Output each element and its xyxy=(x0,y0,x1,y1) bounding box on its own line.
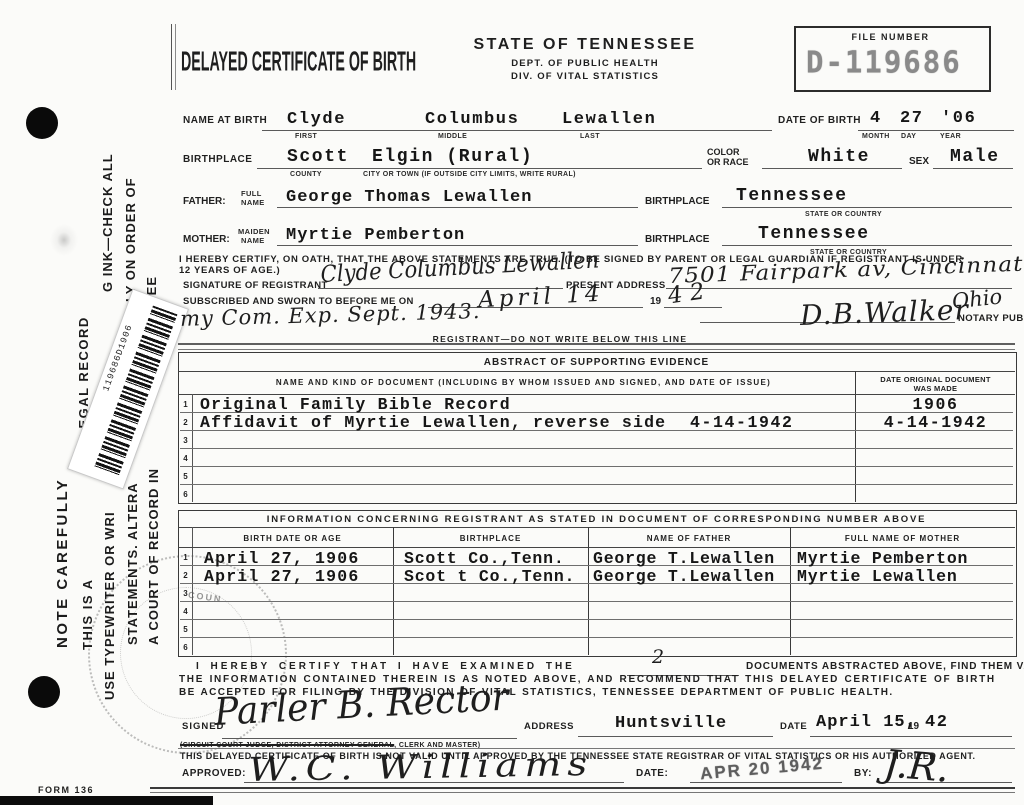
info-row-number: 4 xyxy=(180,607,191,616)
birthplace-county-value: Scott xyxy=(287,147,349,167)
info-row-number: 5 xyxy=(180,625,191,634)
mother-birthplace-label: BIRTHPLACE xyxy=(645,234,709,245)
father-name-underline xyxy=(277,207,638,208)
name-middle-value: Columbus xyxy=(425,110,519,129)
day-sublabel: DAY xyxy=(901,133,916,140)
section-double-rule xyxy=(178,343,1015,350)
approved-date-label: DATE: xyxy=(636,768,668,779)
race-underline xyxy=(762,168,902,169)
mother-name-sublabel: NAME xyxy=(241,236,265,245)
info-row-number: 3 xyxy=(180,589,191,598)
abstract-row-date-made: 1906 xyxy=(856,395,1015,414)
race-value: White xyxy=(808,147,870,167)
dob-day-value: 27 xyxy=(900,109,924,128)
father-birthplace-label: BIRTHPLACE xyxy=(645,196,709,207)
abstract-row-rule xyxy=(180,484,1013,485)
father-birthplace-underline xyxy=(722,207,1012,208)
info-header-birth-date: BIRTH DATE OR AGE xyxy=(192,534,393,543)
name-at-birth-label: NAME AT BIRTH xyxy=(183,115,267,126)
cert-line-2: THE INFORMATION CONTAINED THEREIN IS AS … xyxy=(179,674,996,685)
signed-address-label: ADDRESS xyxy=(524,721,574,732)
approved-signature: W.C. Williams xyxy=(248,744,593,789)
mother-birthplace-underline xyxy=(722,245,1012,246)
city-sublabel: CITY OR TOWN (IF OUTSIDE CITY LIMITS, WR… xyxy=(363,171,576,178)
cert-doc-count: 2 xyxy=(652,646,664,668)
abstract-doc-header: NAME AND KIND OF DOCUMENT (INCLUDING BY … xyxy=(192,378,855,387)
margin-ly-on-order: LY ON ORDER OF xyxy=(124,177,138,302)
info-row-birthplace: Scott Co.,Tenn. xyxy=(404,549,565,568)
month-sublabel: MONTH xyxy=(862,133,890,140)
punch-hole-bottom xyxy=(28,676,60,708)
cert-line-1-pre: I HEREBY CERTIFY THAT I HAVE EXAMINED TH… xyxy=(196,661,575,672)
abstract-row-number: 1 xyxy=(180,400,191,409)
abstract-row-number: 3 xyxy=(180,436,191,445)
abstract-row-rule xyxy=(180,448,1013,449)
abstract-title: ABSTRACT OF SUPPORTING EVIDENCE xyxy=(178,357,1015,368)
abstract-row-doc-date: 4-14-1942 xyxy=(690,413,794,432)
father-full-sublabel: FULL xyxy=(241,189,262,198)
abstract-row-rule xyxy=(180,466,1013,467)
sworn-date-value: April 14 xyxy=(477,281,604,314)
signature-of-registrant-label: SIGNATURE OF REGISTRANT xyxy=(183,280,328,291)
sworn-19-label: 19 xyxy=(650,296,661,307)
sex-value: Male xyxy=(950,147,1000,167)
signed-year-value: 42 xyxy=(925,713,949,732)
file-number-stamp: D-119686 xyxy=(806,44,962,80)
abstract-row-document: Original Family Bible Record xyxy=(200,395,511,414)
abstract-row-number: 6 xyxy=(180,490,191,499)
dob-month-value: 4 xyxy=(870,109,882,128)
info-row-number: 1 xyxy=(180,553,191,562)
signed-underline xyxy=(222,738,517,739)
approved-by-label: BY: xyxy=(854,768,872,779)
info-row-rule xyxy=(180,601,1013,602)
info-row-number: 2 xyxy=(180,571,191,580)
mother-name-underline xyxy=(277,245,638,246)
margin-statements-altera: STATEMENTS. ALTERA xyxy=(126,482,140,645)
mother-name-value: Myrtie Pemberton xyxy=(286,226,465,245)
last-sublabel: LAST xyxy=(580,133,600,140)
father-label: FATHER: xyxy=(183,196,226,207)
abstract-row-number: 5 xyxy=(180,472,191,481)
abstract-row-number: 2 xyxy=(180,418,191,427)
mother-birthplace-value: Tennessee xyxy=(758,224,870,244)
info-row-birth-date: April 27, 1906 xyxy=(204,567,359,586)
info-row-birthplace: Scot t Co.,Tenn. xyxy=(404,567,575,586)
name-underline xyxy=(262,130,772,131)
notary-signature: D.B.Walker xyxy=(799,293,969,332)
mother-label: MOTHER: xyxy=(183,234,230,245)
info-row-mother: Myrtie Lewallen xyxy=(797,567,958,586)
birthplace-underline xyxy=(257,168,702,169)
signed-date-label: DATE xyxy=(780,721,807,732)
signed-date-underline xyxy=(810,736,1012,737)
date-of-birth-label: DATE OF BIRTH xyxy=(778,115,861,126)
father-state-sublabel: STATE OR COUNTRY xyxy=(805,211,882,218)
birthplace-city-value: Elgin (Rural) xyxy=(372,147,533,167)
margin-note-carefully: NOTE CAREFULLY xyxy=(56,478,70,648)
abstract-row-document: Affidavit of Myrtie Lewallen, reverse si… xyxy=(200,413,666,432)
abstract-title-rule xyxy=(178,371,1015,372)
signed-address-underline xyxy=(578,736,773,737)
approved-by-initials: J.R. xyxy=(882,741,951,791)
info-row-number: 6 xyxy=(180,643,191,652)
sworn-year-value: 4 2 xyxy=(666,279,706,310)
abstract-date-header-1: DATE ORIGINAL DOCUMENT xyxy=(856,375,1015,384)
info-row-father: George T.Lewallen xyxy=(593,549,775,568)
color-or-race-label-2: OR RACE xyxy=(707,157,749,167)
margin-ink-check-all: G INK—CHECK ALL xyxy=(101,153,115,292)
info-header-father: NAME OF FATHER xyxy=(588,534,790,543)
middle-sublabel: MIDDLE xyxy=(438,133,467,140)
punch-hole-top xyxy=(26,107,58,139)
first-sublabel: FIRST xyxy=(295,133,317,140)
signed-address-value: Huntsville xyxy=(615,714,727,733)
signed-19-label: 19 xyxy=(908,721,919,732)
signed-date-value: April 15, xyxy=(816,713,917,732)
info-row-mother: Myrtie Pemberton xyxy=(797,549,968,568)
file-number-label: FILE NUMBER xyxy=(794,32,987,42)
father-name-value: George Thomas Lewallen xyxy=(286,188,532,207)
county-sublabel: COUNTY xyxy=(290,171,322,178)
scanned-certificate-page: COUN NOTE CAREFULLY THIS IS A LEGAL RECO… xyxy=(0,0,1024,805)
info-row-rule xyxy=(180,637,1013,638)
form-number: FORM 136 xyxy=(38,785,94,795)
dob-underline xyxy=(858,130,1014,131)
approved-label: APPROVED: xyxy=(182,768,246,779)
sex-underline xyxy=(933,168,1013,169)
margin-court-of-record: A COURT OF RECORD IN xyxy=(147,468,161,645)
father-name-sublabel: NAME xyxy=(241,198,265,207)
info-table-title: INFORMATION CONCERNING REGISTRANT AS STA… xyxy=(178,514,1015,525)
division-line: DIV. OF VITAL STATISTICS xyxy=(455,71,715,82)
title-left-double-rule xyxy=(171,24,176,90)
birthplace-label: BIRTHPLACE xyxy=(183,154,252,165)
year-sublabel: YEAR xyxy=(940,133,961,140)
info-title-rule xyxy=(178,527,1015,528)
info-header-rule xyxy=(178,547,1015,548)
info-row-father: George T.Lewallen xyxy=(593,567,775,586)
dept-line: DEPT. OF PUBLIC HEALTH xyxy=(455,58,715,69)
scan-smudge xyxy=(50,224,78,256)
name-first-value: Clyde xyxy=(287,110,346,129)
dob-year-value: '06 xyxy=(941,109,976,128)
father-birthplace-value: Tennessee xyxy=(736,186,848,206)
notary-public-label: NOTARY PUBLIC xyxy=(958,313,1024,324)
oath-line-2: 12 YEARS OF AGE.) xyxy=(179,265,280,276)
sex-label: SEX xyxy=(909,156,929,167)
margin-this-is-a: THIS IS A xyxy=(81,578,95,650)
cert-line-1-post: DOCUMENTS ABSTRACTED ABOVE, FIND THEM VA… xyxy=(746,661,1024,672)
color-or-race-label-1: COLOR xyxy=(707,147,740,157)
info-row-rule xyxy=(180,619,1013,620)
abstract-row-date-made: 4-14-1942 xyxy=(856,413,1015,432)
info-header-birthplace: BIRTHPLACE xyxy=(393,534,588,543)
abstract-row-number: 4 xyxy=(180,454,191,463)
scan-edge-bar xyxy=(0,796,213,805)
form-title: DELAYED CERTIFICATE OF BIRTH xyxy=(181,46,416,78)
abstract-date-header-2: WAS MADE xyxy=(856,384,1015,393)
info-header-mother: FULL NAME OF MOTHER xyxy=(790,534,1015,543)
mother-maiden-sublabel: MAIDEN xyxy=(238,227,270,236)
bottom-double-rule xyxy=(150,787,1015,793)
name-last-value: Lewallen xyxy=(562,110,656,129)
state-title: STATE OF TENNESSEE xyxy=(455,36,715,54)
info-row-birth-date: April 27, 1906 xyxy=(204,549,359,568)
margin-use-typewriter: USE TYPEWRITER OR WRI xyxy=(103,511,117,700)
